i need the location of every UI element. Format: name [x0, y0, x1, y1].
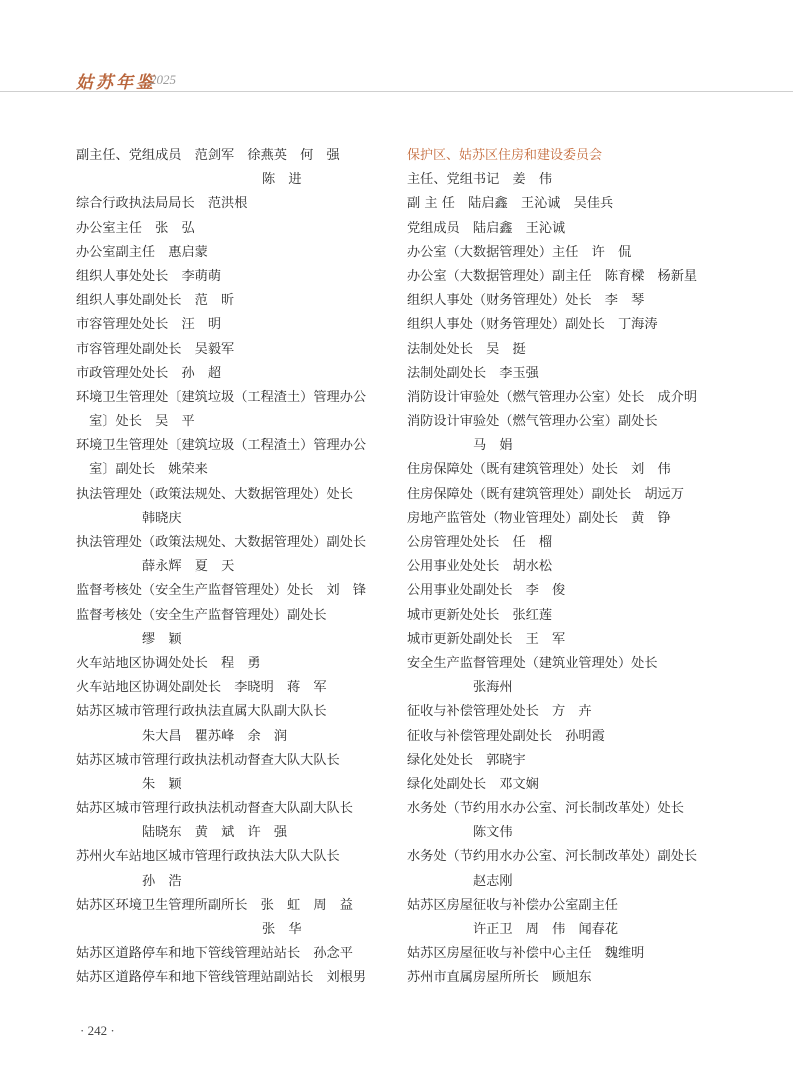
directory-entry: 水务处（节约用水办公室、河长制改革处）处长	[407, 797, 727, 821]
header-divider	[0, 91, 793, 92]
directory-entry-continuation: 马 娟	[407, 434, 727, 458]
directory-entry-continuation: 张 华	[76, 918, 396, 942]
directory-entry: 环境卫生管理处〔建筑垃圾（工程渣土）管理办公	[76, 386, 396, 410]
directory-entry: 苏州火车站地区城市管理行政执法大队大队长	[76, 845, 396, 869]
directory-entry-continuation: 陈 进	[76, 168, 396, 192]
directory-entry: 组织人事处处长 李萌萌	[76, 265, 396, 289]
right-column: 保护区、姑苏区住房和建设委员会 主任、党组书记 姜 伟副 主 任 陆启鑫 王沁诚…	[407, 144, 727, 991]
directory-entry: 公用事业处处长 胡水松	[407, 555, 727, 579]
directory-entry-continuation: 赵志刚	[407, 870, 727, 894]
directory-entry-continuation: 韩晓庆	[76, 507, 396, 531]
directory-entry: 组织人事处副处长 范 昕	[76, 289, 396, 313]
directory-entry: 姑苏区城市管理行政执法机动督查大队副大队长	[76, 797, 396, 821]
directory-entry-continuation: 许正卫 周 伟 闻春花	[407, 918, 727, 942]
directory-entry-continuation: 陈文伟	[407, 821, 727, 845]
directory-entry-continuation: 孙 浩	[76, 870, 396, 894]
directory-entry: 住房保障处（既有建筑管理处）副处长 胡远万	[407, 483, 727, 507]
directory-entry: 市容管理处处长 汪 明	[76, 313, 396, 337]
directory-entry: 室〕副处长 姚荣来	[76, 458, 396, 482]
directory-entry-continuation: 缪 颖	[76, 628, 396, 652]
directory-entry: 监督考核处（安全生产监督管理处）副处长	[76, 604, 396, 628]
left-column: 副主任、党组成员 范剑军 徐燕英 何 强陈 进综合行政执法局局长 范洪根办公室主…	[76, 144, 396, 991]
directory-entry: 姑苏区道路停车和地下管线管理站副站长 刘根男	[76, 966, 396, 990]
directory-entry: 姑苏区环境卫生管理所副所长 张 虹 周 益	[76, 894, 396, 918]
directory-entry: 房地产监管处（物业管理处）副处长 黄 铮	[407, 507, 727, 531]
directory-entry: 市容管理处副处长 吴毅军	[76, 338, 396, 362]
directory-entry: 党组成员 陆启鑫 王沁诚	[407, 217, 727, 241]
directory-entry: 城市更新处处长 张红莲	[407, 604, 727, 628]
directory-entry: 住房保障处（既有建筑管理处）处长 刘 伟	[407, 458, 727, 482]
directory-entry: 执法管理处（政策法规处、大数据管理处）处长	[76, 483, 396, 507]
directory-entry: 执法管理处（政策法规处、大数据管理处）副处长	[76, 531, 396, 555]
directory-entry: 公房管理处处长 任 榴	[407, 531, 727, 555]
directory-entry: 主任、党组书记 姜 伟	[407, 168, 727, 192]
directory-entry: 水务处（节约用水办公室、河长制改革处）副处长	[407, 845, 727, 869]
directory-entry: 副主任、党组成员 范剑军 徐燕英 何 强	[76, 144, 396, 168]
directory-entry: 组织人事处（财务管理处）副处长 丁海涛	[407, 313, 727, 337]
directory-entry: 副 主 任 陆启鑫 王沁诚 吴佳兵	[407, 192, 727, 216]
directory-entry: 火车站地区协调处处长 程 勇	[76, 652, 396, 676]
directory-entry: 火车站地区协调处副处长 李晓明 蒋 军	[76, 676, 396, 700]
directory-entry: 办公室副主任 惠启蒙	[76, 241, 396, 265]
directory-entry: 消防设计审验处（燃气管理办公室）副处长	[407, 410, 727, 434]
yearbook-title: 姑苏年鉴	[76, 68, 156, 93]
directory-entry-continuation: 朱大昌 瞿苏峰 余 润	[76, 725, 396, 749]
directory-entry: 姑苏区城市管理行政执法机动督查大队大队长	[76, 749, 396, 773]
directory-entry: 法制处处长 吴 挺	[407, 338, 727, 362]
directory-entry: 综合行政执法局局长 范洪根	[76, 192, 396, 216]
directory-entry-continuation: 张海州	[407, 676, 727, 700]
section-title: 保护区、姑苏区住房和建设委员会	[407, 144, 727, 168]
directory-entry: 办公室（大数据管理处）副主任 陈育樑 杨新星	[407, 265, 727, 289]
directory-entry: 法制处副处长 李玉强	[407, 362, 727, 386]
running-header: 姑苏年鉴 2025	[0, 0, 793, 92]
directory-entry: 环境卫生管理处〔建筑垃圾（工程渣土）管理办公	[76, 434, 396, 458]
directory-entry: 绿化处副处长 邓文娴	[407, 773, 727, 797]
directory-entry: 姑苏区城市管理行政执法直属大队副大队长	[76, 700, 396, 724]
directory-entry-continuation: 薛永辉 夏 天	[76, 555, 396, 579]
directory-entry: 组织人事处（财务管理处）处长 李 琴	[407, 289, 727, 313]
directory-entry: 城市更新处副处长 王 军	[407, 628, 727, 652]
directory-entry: 办公室（大数据管理处）主任 许 侃	[407, 241, 727, 265]
directory-entry: 办公室主任 张 弘	[76, 217, 396, 241]
directory-entry: 室〕处长 吴 平	[76, 410, 396, 434]
directory-entry: 消防设计审验处（燃气管理办公室）处长 成介明	[407, 386, 727, 410]
yearbook-year: 2025	[150, 72, 176, 88]
directory-entry: 征收与补偿管理处副处长 孙明霞	[407, 725, 727, 749]
directory-entry: 征收与补偿管理处处长 方 卉	[407, 700, 727, 724]
directory-entry: 姑苏区道路停车和地下管线管理站站长 孙念平	[76, 942, 396, 966]
directory-entry-continuation: 陆晓东 黄 斌 许 强	[76, 821, 396, 845]
directory-entry: 市政管理处处长 孙 超	[76, 362, 396, 386]
directory-entry: 姑苏区房屋征收与补偿办公室副主任	[407, 894, 727, 918]
directory-entry: 安全生产监督管理处（建筑业管理处）处长	[407, 652, 727, 676]
directory-entry-continuation: 朱 颖	[76, 773, 396, 797]
directory-entry: 监督考核处（安全生产监督管理处）处长 刘 锋	[76, 579, 396, 603]
directory-entry: 苏州市直属房屋所所长 顾旭东	[407, 966, 727, 990]
directory-entry: 绿化处处长 郭晓宇	[407, 749, 727, 773]
directory-entry: 公用事业处副处长 李 俊	[407, 579, 727, 603]
directory-entry: 姑苏区房屋征收与补偿中心主任 魏维明	[407, 942, 727, 966]
page-number: · 242 ·	[80, 1023, 115, 1039]
